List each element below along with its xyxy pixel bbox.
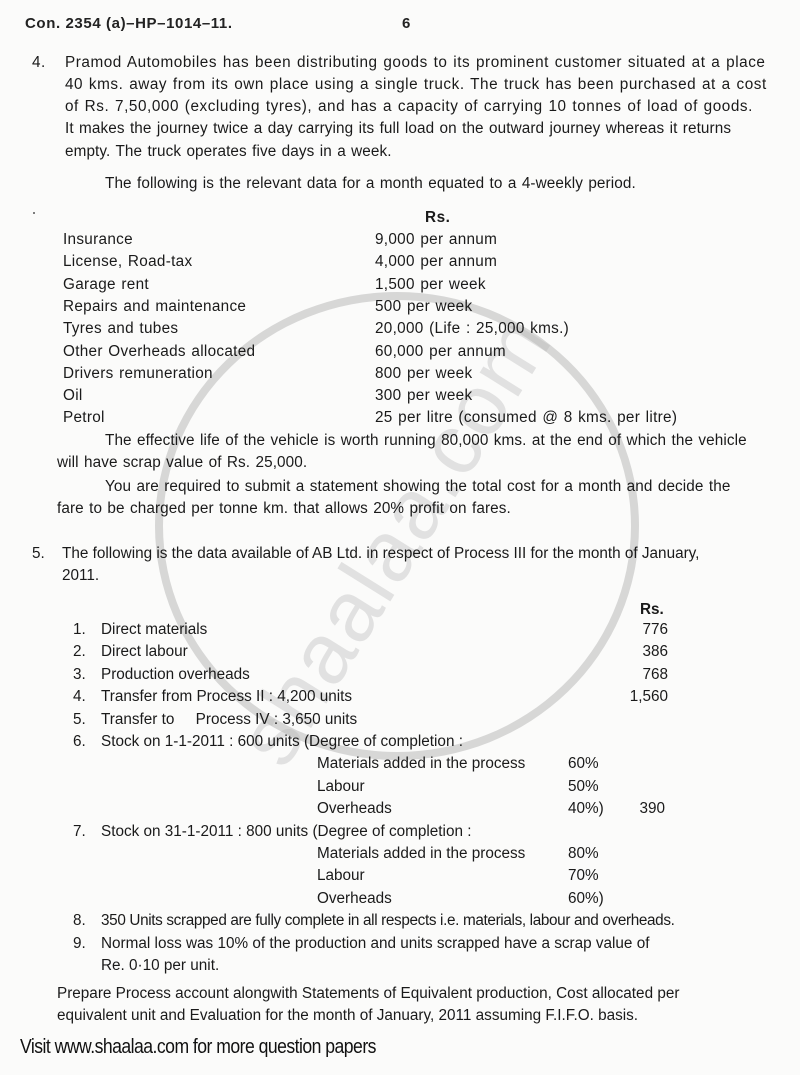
cost-item-label: Tyres and tubes — [63, 321, 178, 336]
item-label: Re. 0·10 per unit. — [101, 958, 219, 973]
completion-label: Materials added in the process — [317, 846, 525, 861]
q4-para: The effective life of the vehicle is wor… — [105, 433, 747, 448]
item-label: Transfer from Process II : 4,200 units — [101, 689, 352, 704]
q5-line: 2011. — [62, 568, 99, 583]
item-label: Transfer to Process IV : 3,650 units — [101, 712, 357, 727]
footer-link-text[interactable]: Visit www.shaalaa.com for more question … — [20, 1037, 376, 1057]
item-label: Production overheads — [101, 667, 250, 682]
q5-number: 5. — [32, 546, 45, 561]
q4-line: Pramod Automobiles has been distributing… — [65, 55, 765, 70]
q4-para: will have scrap value of Rs. 25,000. — [57, 455, 307, 470]
q5-line: The following is the data available of A… — [62, 546, 699, 561]
completion-label: Labour — [317, 779, 365, 794]
q4-line: empty. The truck operates five days in a… — [65, 144, 392, 159]
item-number: 1. — [73, 622, 86, 637]
completion-label: Labour — [317, 868, 365, 883]
cost-item-value: 300 per week — [375, 388, 472, 403]
q5-closing: equivalent unit and Evaluation for the m… — [57, 1008, 638, 1023]
cost-item-value: 20,000 (Life : 25,000 kms.) — [375, 321, 569, 336]
q4-currency-header: Rs. — [425, 210, 450, 225]
item-amount: 390 — [639, 801, 665, 816]
q4-para: You are required to submit a statement s… — [105, 479, 730, 494]
completion-label: Overheads — [317, 801, 392, 816]
cost-item-label: Repairs and maintenance — [63, 299, 246, 314]
cost-item-value: 1,500 per week — [375, 277, 486, 292]
item-number: 7. — [73, 824, 86, 839]
item-amount: 776 — [642, 622, 668, 637]
item-label: Stock on 31-1-2011 : 800 units (Degree o… — [101, 824, 471, 839]
q5-closing: Prepare Process account alongwith Statem… — [57, 986, 679, 1001]
cost-item-value: 500 per week — [375, 299, 472, 314]
completion-label: Overheads — [317, 891, 392, 906]
q4-intro: The following is the relevant data for a… — [105, 176, 636, 191]
completion-label: Materials added in the process — [317, 756, 525, 771]
item-number: 6. — [73, 734, 86, 749]
cost-item-value: 4,000 per annum — [375, 254, 497, 269]
cost-item-label: Petrol — [63, 410, 105, 425]
completion-percent: 50% — [568, 779, 599, 794]
item-number: 5. — [73, 712, 86, 727]
item-label: Direct labour — [101, 644, 188, 659]
q4-line: of Rs. 7,50,000 (excluding tyres), and h… — [65, 99, 753, 114]
completion-percent: 60% — [568, 756, 599, 771]
q5-currency-header: Rs. — [640, 602, 664, 617]
cost-item-label: Drivers remuneration — [63, 366, 213, 381]
cost-item-value: 60,000 per annum — [375, 344, 506, 359]
page-number: 6 — [402, 16, 411, 31]
completion-percent: 70% — [568, 868, 599, 883]
q4-line: 40 kms. away from its own place using a … — [65, 77, 767, 92]
item-label: 350 Units scrapped are fully complete in… — [101, 913, 675, 928]
item-number: 2. — [73, 644, 86, 659]
completion-percent: 80% — [568, 846, 599, 861]
item-number: 3. — [73, 667, 86, 682]
item-label: Normal loss was 10% of the production an… — [101, 936, 649, 951]
completion-percent: 40%) — [568, 801, 604, 816]
cost-item-value: 800 per week — [375, 366, 472, 381]
paper-code: Con. 2354 (a)–HP–1014–11. — [25, 16, 233, 31]
item-amount: 386 — [642, 644, 668, 659]
cost-item-value: 25 per litre (consumed @ 8 kms. per litr… — [375, 410, 677, 425]
item-amount: 1,560 — [630, 689, 668, 704]
item-label: Stock on 1-1-2011 : 600 units (Degree of… — [101, 734, 463, 749]
cost-item-label: Oil — [63, 388, 83, 403]
item-number: 8. — [73, 913, 86, 928]
item-number: 4. — [73, 689, 86, 704]
item-label: Direct materials — [101, 622, 207, 637]
q4-line: It makes the journey twice a day carryin… — [65, 121, 731, 136]
q4-number: 4. — [32, 55, 46, 70]
cost-item-label: Insurance — [63, 232, 133, 247]
exam-page: shaalaa.com Con. 2354 (a)–HP–1014–11. 6 … — [0, 0, 800, 1075]
cost-item-label: License, Road-tax — [63, 254, 192, 269]
cost-item-label: Other Overheads allocated — [63, 344, 255, 359]
scan-speck — [33, 212, 35, 214]
cost-item-value: 9,000 per annum — [375, 232, 497, 247]
q4-para: fare to be charged per tonne km. that al… — [57, 501, 511, 516]
completion-percent: 60%) — [568, 891, 604, 906]
cost-item-label: Garage rent — [63, 277, 149, 292]
item-number: 9. — [73, 936, 86, 951]
item-amount: 768 — [642, 667, 668, 682]
